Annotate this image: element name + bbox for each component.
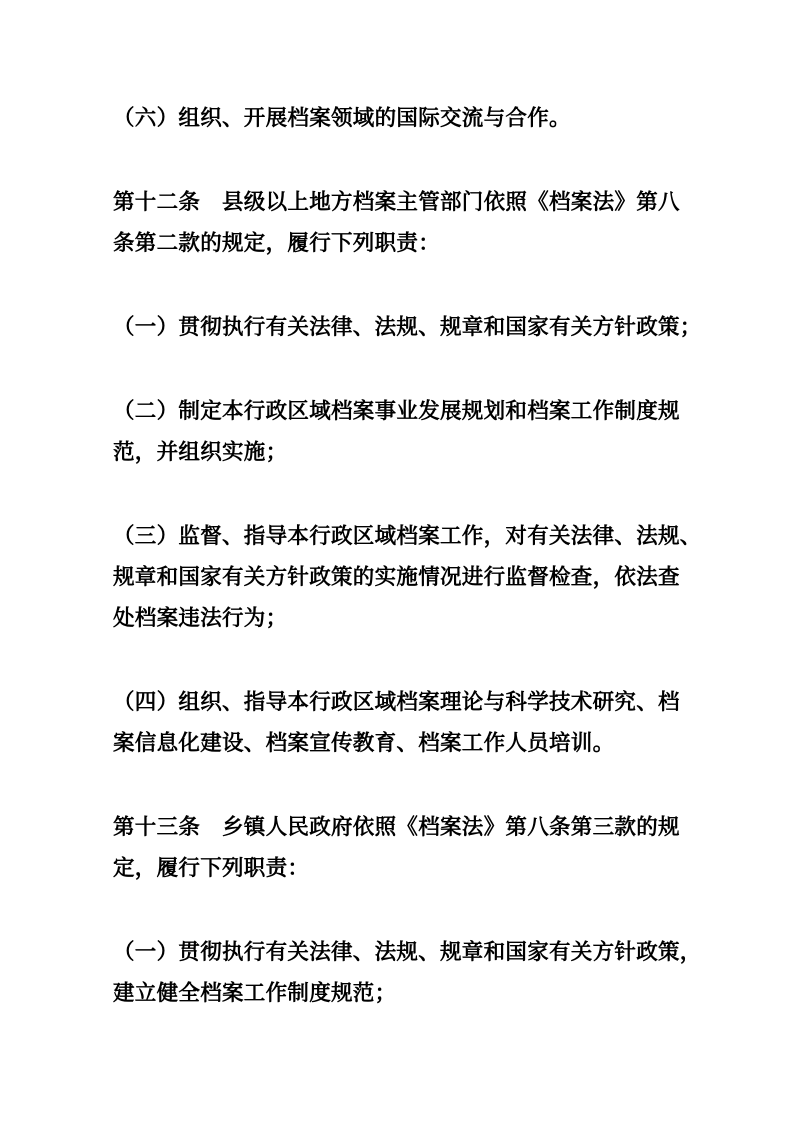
paragraph-item-1b: （一）贯彻执行有关法律、法规、规章和国家有关方针政策， 建立健全档案工作制度规范… — [113, 932, 687, 1014]
paragraph-item-3: （三）监督、指导本行政区域档案工作，对有关法律、法规、 规章和国家有关方针政策的… — [113, 516, 687, 639]
paragraph-article-13: 第十三条 乡镇人民政府依照《档案法》第八条第三款的规 定，履行下列职责： — [113, 807, 687, 889]
text-line: 案信息化建设、档案宣传教育、档案工作人员培训。 — [113, 723, 687, 764]
text-line: 处档案违法行为； — [113, 598, 687, 639]
paragraph-item-6: （六）组织、开展档案领域的国际交流与合作。 — [113, 98, 687, 139]
text-line: 定，履行下列职责： — [113, 848, 687, 889]
document-page: （六）组织、开展档案领域的国际交流与合作。 第十二条 县级以上地方档案主管部门依… — [0, 0, 793, 1122]
text-line: 建立健全档案工作制度规范； — [113, 973, 687, 1014]
document-body: （六）组织、开展档案领域的国际交流与合作。 第十二条 县级以上地方档案主管部门依… — [113, 98, 687, 1014]
text-line: 范，并组织实施； — [113, 432, 687, 473]
text-line: 第十二条 县级以上地方档案主管部门依照《档案法》第八 — [113, 182, 687, 223]
paragraph-item-1: （一）贯彻执行有关法律、法规、规章和国家有关方针政策； — [113, 307, 687, 348]
text-line: （六）组织、开展档案领域的国际交流与合作。 — [113, 98, 687, 139]
text-line: （三）监督、指导本行政区域档案工作，对有关法律、法规、 — [113, 516, 687, 557]
text-line: （一）贯彻执行有关法律、法规、规章和国家有关方针政策， — [113, 932, 687, 973]
text-line: 条第二款的规定，履行下列职责： — [113, 223, 687, 264]
text-line: （四）组织、指导本行政区域档案理论与科学技术研究、档 — [113, 682, 687, 723]
paragraph-item-4: （四）组织、指导本行政区域档案理论与科学技术研究、档 案信息化建设、档案宣传教育… — [113, 682, 687, 764]
paragraph-article-12: 第十二条 县级以上地方档案主管部门依照《档案法》第八 条第二款的规定，履行下列职… — [113, 182, 687, 264]
text-line: （一）贯彻执行有关法律、法规、规章和国家有关方针政策； — [113, 307, 687, 348]
text-line: （二）制定本行政区域档案事业发展规划和档案工作制度规 — [113, 391, 687, 432]
text-line: 第十三条 乡镇人民政府依照《档案法》第八条第三款的规 — [113, 807, 687, 848]
text-line: 规章和国家有关方针政策的实施情况进行监督检查，依法查 — [113, 557, 687, 598]
paragraph-item-2: （二）制定本行政区域档案事业发展规划和档案工作制度规 范，并组织实施； — [113, 391, 687, 473]
